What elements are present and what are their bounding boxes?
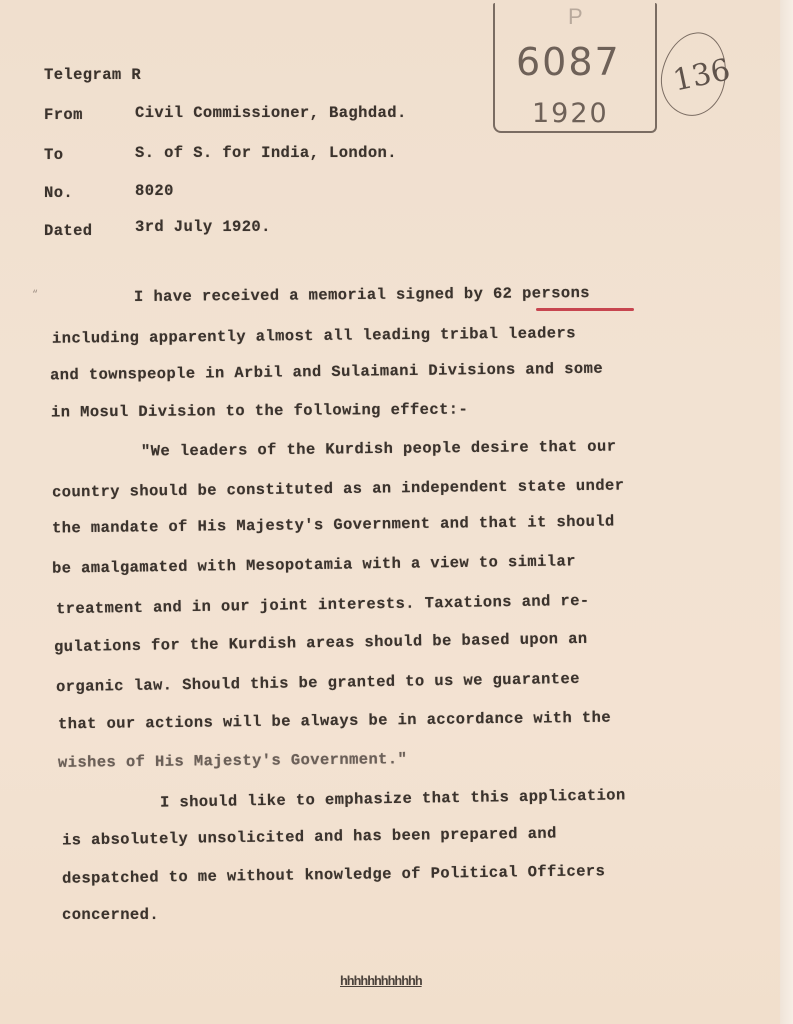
paper-mark: “ (32, 290, 38, 301)
stamp-number: 6087 (516, 40, 621, 84)
telegram-type: Telegram R (44, 66, 141, 84)
end-separator: hhhhhhhhhhhh (340, 974, 422, 989)
page-edge (780, 0, 793, 1024)
quote-line-9: wishes of His Majesty's Government." (58, 750, 407, 772)
to-value: S. of S. for India, London. (135, 144, 397, 162)
from-label: From (44, 106, 83, 124)
to-label: To (44, 146, 63, 164)
stamp-year: 1920 (532, 98, 609, 129)
number-value: 8020 (135, 182, 174, 200)
dated-value: 3rd July 1920. (135, 218, 271, 236)
dated-label: Dated (44, 222, 93, 240)
closing-line-4: concerned. (62, 906, 159, 924)
stamp-letter: P (568, 4, 583, 30)
red-pen-underline (536, 308, 634, 311)
body-line-4: in Mosul Division to the following effec… (51, 401, 468, 422)
number-label: No. (44, 184, 73, 202)
from-value: Civil Commissioner, Baghdad. (135, 104, 407, 122)
